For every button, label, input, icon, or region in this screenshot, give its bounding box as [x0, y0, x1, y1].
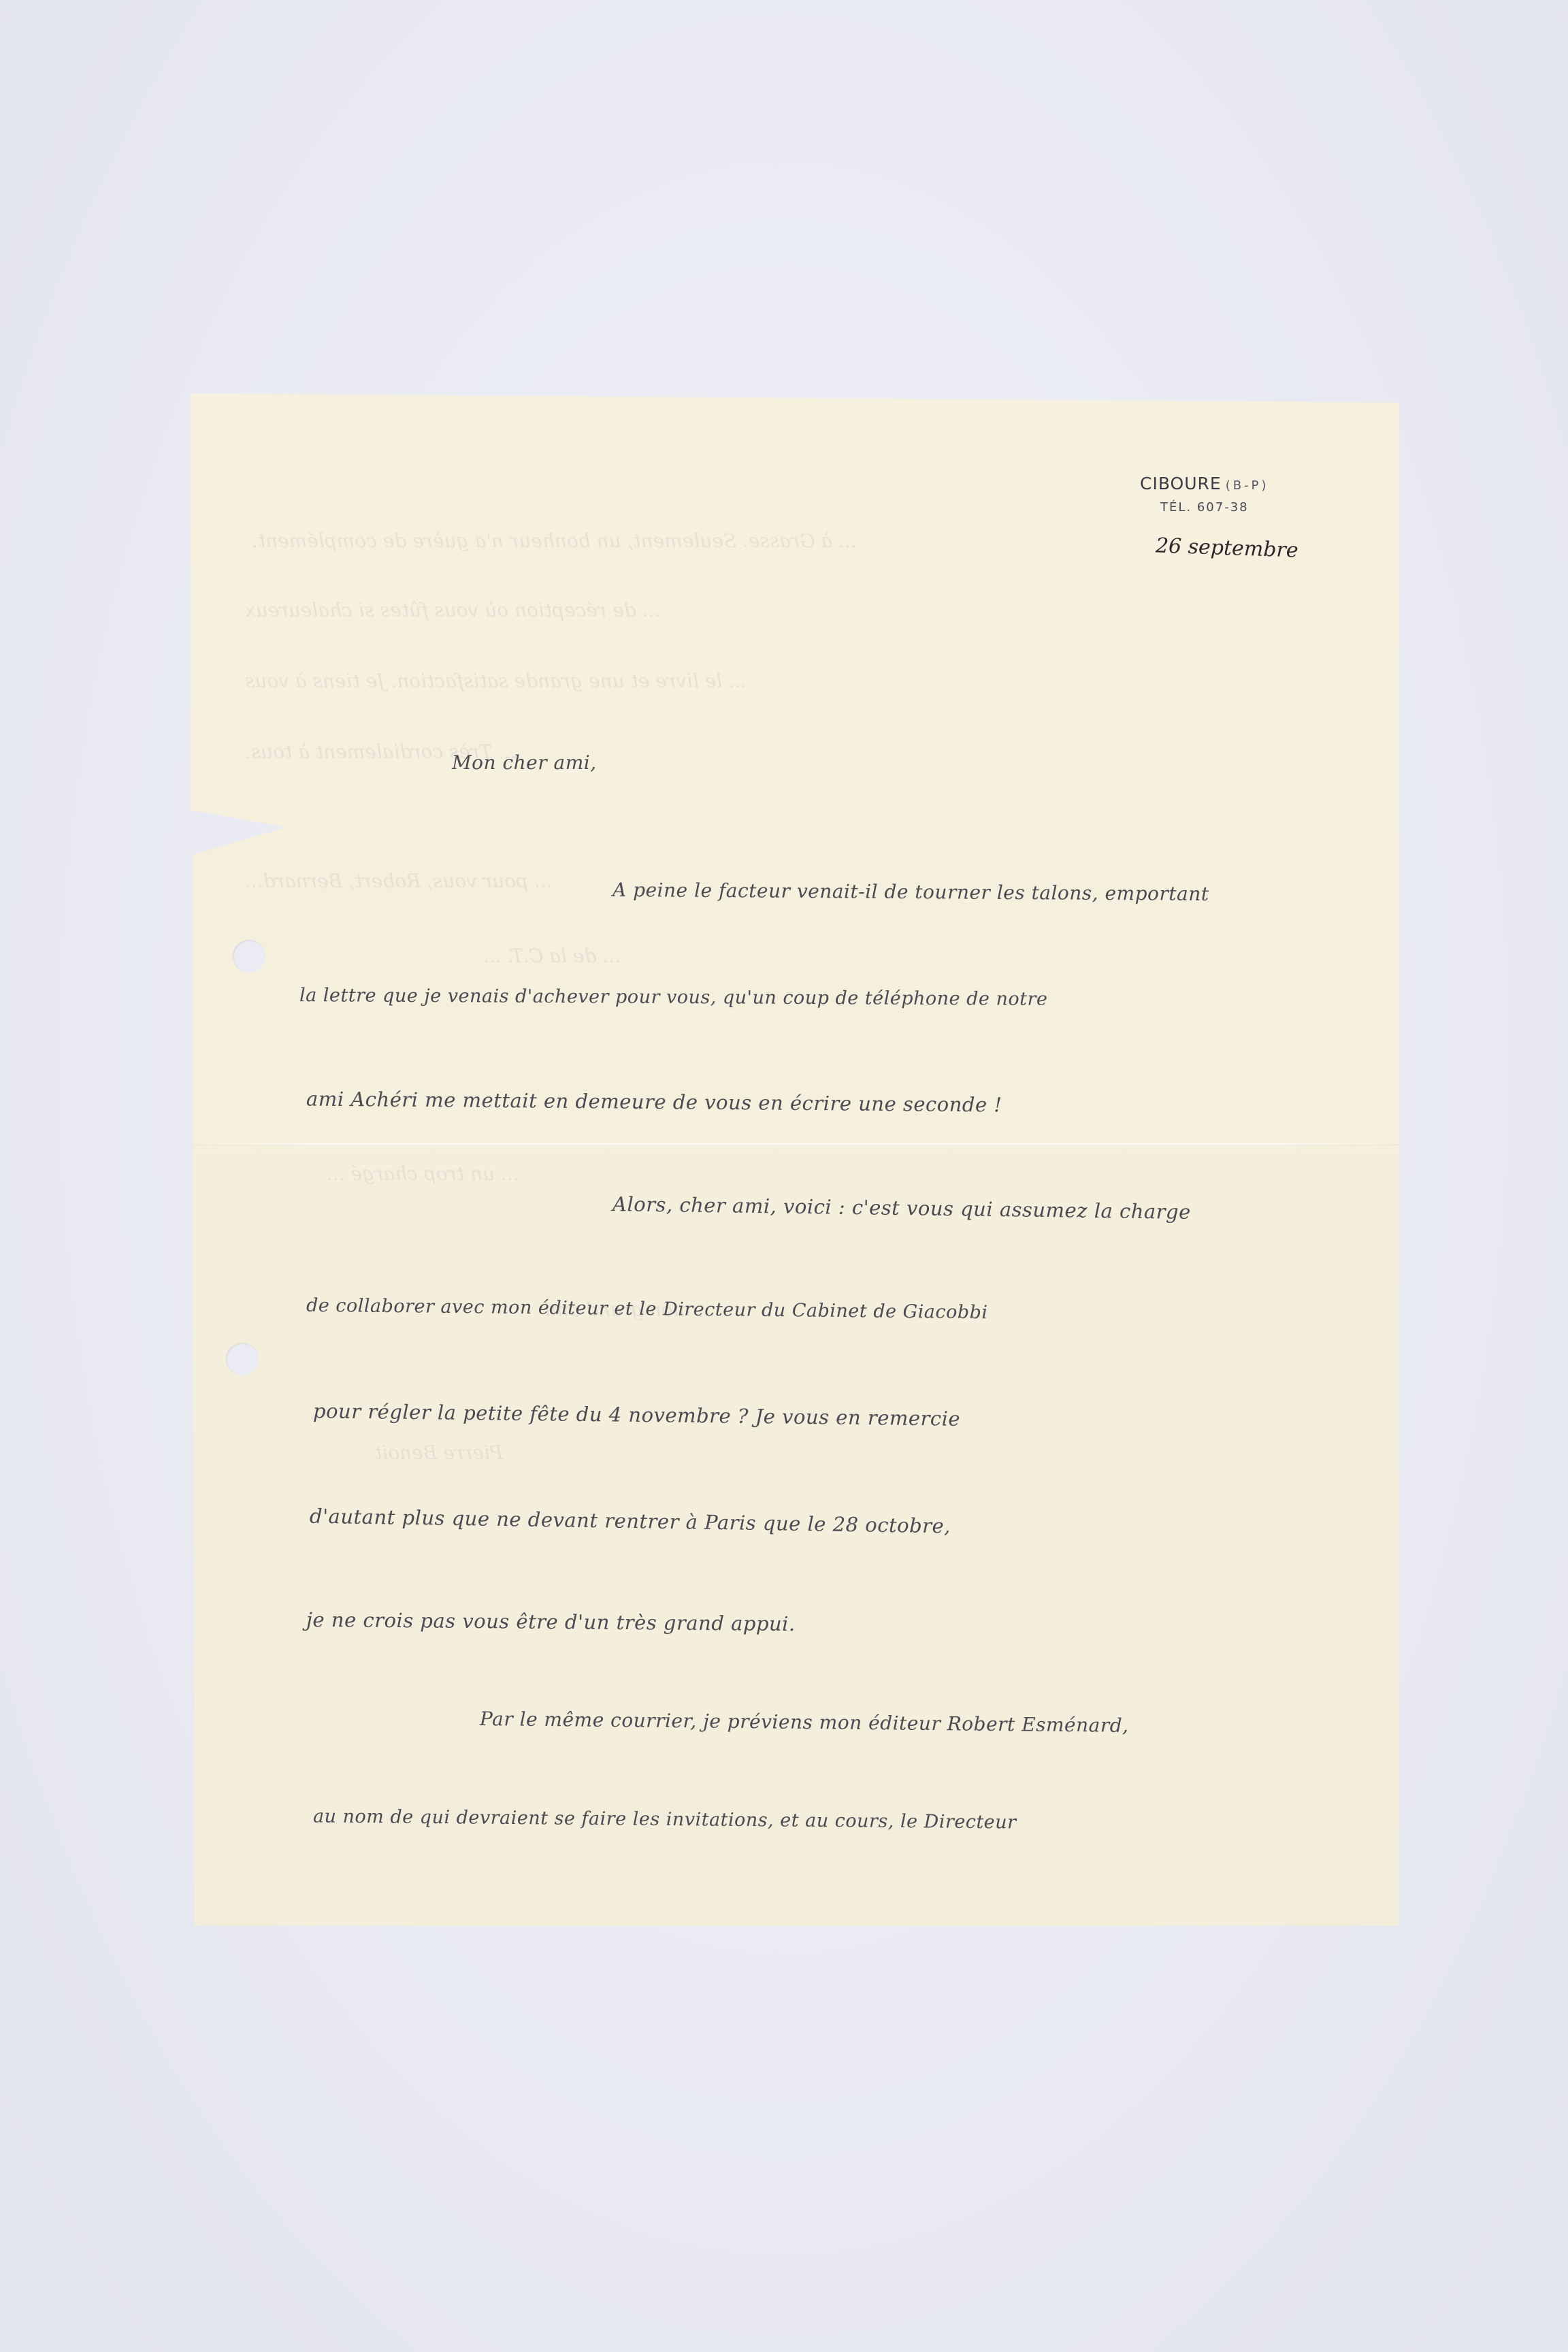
punch-hole-bottom: [226, 1343, 259, 1375]
body-line: je ne crois pas vous être d'un très gran…: [306, 1608, 796, 1635]
letterhead: CIBOURE(B-P) TÉL. 607-38: [1140, 474, 1269, 514]
letterhead-town-name: CIBOURE: [1140, 474, 1222, 493]
body-line: Par le même courrier, je préviens mon éd…: [480, 1708, 1129, 1737]
body-line: A peine le facteur venait-il de tourner …: [612, 879, 1209, 905]
letterhead-telephone: TÉL. 607-38: [1160, 500, 1269, 514]
show-through-line: ... le livre et une grande satisfaction.…: [245, 670, 747, 692]
show-through-line: ... de réception où vous fûtes si chaleu…: [245, 599, 660, 621]
show-through-signature: Pierre Benoit: [374, 1441, 503, 1464]
show-through-line: ... pour vous, Robert, Bernard...: [245, 870, 553, 892]
body-line: pour régler la petite fête du 4 novembre…: [313, 1399, 960, 1431]
body-line: au nom de qui devraient se faire les inv…: [313, 1806, 1017, 1833]
letter-date: 26 septembre: [1155, 534, 1298, 562]
letterhead-town: CIBOURE(B-P): [1140, 474, 1269, 493]
body-line: de collaborer avec mon éditeur et le Dir…: [306, 1295, 988, 1323]
body-line: la lettre que je venais d'achever pour v…: [299, 985, 1048, 1010]
show-through-line: ... un trop chargé ...: [327, 1162, 519, 1185]
punch-hole-top: [233, 940, 265, 973]
show-through-line: ... à Grasse. Seulement, un bonheur n'a …: [252, 529, 857, 552]
letterhead-region: (B-P): [1226, 478, 1269, 493]
salutation: Mon cher ami,: [452, 751, 597, 774]
show-through-line: ... de la C.T. ...: [483, 945, 621, 967]
paper-fold-line: [191, 1143, 1399, 1145]
body-line: Alors, cher ami, voici : c'est vous qui …: [612, 1192, 1191, 1224]
body-line: d'autant plus que ne devant rentrer à Pa…: [310, 1505, 951, 1538]
body-line: ami Achéri me mettait en demeure de vous…: [306, 1088, 1002, 1117]
letter-sheet: ... à Grasse. Seulement, un bonheur n'a …: [191, 393, 1399, 1926]
